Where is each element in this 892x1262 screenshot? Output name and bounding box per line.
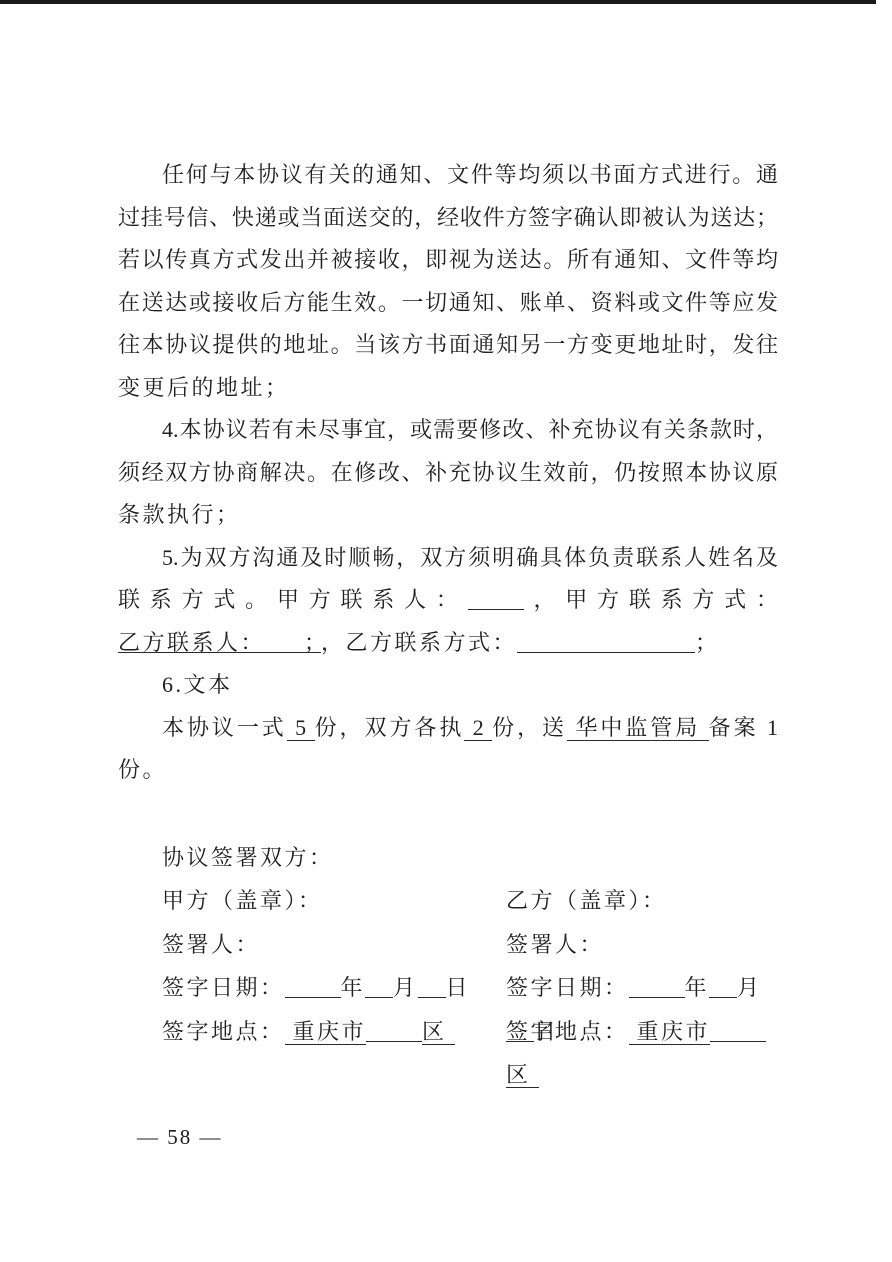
blank-field <box>468 590 524 610</box>
text-line: 在送达或接收后方能生效。一切通知、账单、资料或文件等应发 <box>118 282 778 325</box>
text-run: 月 <box>737 975 762 1000</box>
text-run: 签署人： <box>162 932 260 957</box>
filled-blank: 重庆市 <box>285 1019 367 1045</box>
signature-heading: 协议签署双方： <box>118 837 778 880</box>
blank-field <box>265 633 321 653</box>
text-line: 往本协议提供的地址。当该方书面通知另一方变更地址时，发往 <box>118 324 778 367</box>
blank-field <box>629 978 685 998</box>
text-line: 变更后的地址； <box>118 367 778 410</box>
document-page: 任何与本协议有关的通知、文件等均须以书面方式进行。通过挂号信、快递或当面送交的，… <box>0 0 892 1262</box>
text-run: 年 <box>685 975 710 1000</box>
text-run: 任何与本协议有关的通知、文件等均须以书面方式进行。通 <box>162 162 778 187</box>
party-a-signature-cell: 签署人： <box>162 932 260 957</box>
text-line: 任何与本协议有关的通知、文件等均须以书面方式进行。通 <box>118 154 778 197</box>
blank-field <box>366 1022 422 1042</box>
text-run: 份，双方各执 <box>315 715 465 740</box>
blank-field <box>710 1022 766 1042</box>
filled-blank: 华中监管局 <box>567 715 709 741</box>
party-a-signature-cell: 签字地点： 重庆市区 <box>162 1019 455 1044</box>
party-b-signature-cell: 签字地点： 重庆市区 <box>506 1010 778 1097</box>
filled-blank: 区 <box>422 1019 455 1045</box>
filled-blank: 2 <box>464 715 492 741</box>
text-run: 年 <box>341 975 366 1000</box>
text-run: 份，送 <box>492 715 567 740</box>
text-run: 签字地点： <box>162 1019 285 1044</box>
blank-field <box>418 978 446 998</box>
text-run: 签字地点： <box>506 1019 629 1044</box>
text-run: 4.本协议若有未尽事宜，或需要修改、补充协议有关条款时， <box>162 417 778 442</box>
blank-field <box>365 978 393 998</box>
text-run: 份。 <box>118 757 167 782</box>
text-line: 若以传真方式发出并被接收，即视为送达。所有通知、文件等均 <box>118 239 778 282</box>
contract-paragraph-lines: 任何与本协议有关的通知、文件等均须以书面方式进行。通过挂号信、快递或当面送交的，… <box>118 154 778 792</box>
text-run: 须经双方协商解决。在修改、补充协议生效前，仍按照本协议原 <box>118 460 778 485</box>
filled-blank: 区 <box>506 1062 539 1088</box>
signature-rows: 甲方（盖章）：乙方（盖章）：签署人：签署人：签字日期：年月日签字日期：年月日签字… <box>118 879 778 1053</box>
signature-row: 签字日期：年月日签字日期：年月日 <box>118 966 778 1010</box>
text-line: 须经双方协商解决。在修改、补充协议生效前，仍按照本协议原 <box>118 452 778 495</box>
text-run: 5.为双方沟通及时顺畅，双方须明确具体负责联系人姓名及 <box>162 545 778 570</box>
text-line: 5.为双方沟通及时顺畅，双方须明确具体负责联系人姓名及 <box>118 537 778 580</box>
party-b-signature-cell: 乙方（盖章）： <box>506 879 667 923</box>
text-run: 备案 1 <box>709 715 778 740</box>
blank-field <box>285 978 341 998</box>
party-a-signature-cell: 甲方（盖章）： <box>162 888 323 913</box>
text-run: 签字日期： <box>162 975 285 1000</box>
text-run: 日 <box>446 975 471 1000</box>
text-run: 条款执行； <box>118 502 241 527</box>
party-b-signature-cell: 签署人： <box>506 923 604 967</box>
text-run: 联系方式。甲方联系人： <box>118 587 468 612</box>
party-a-signature-cell: 签字日期：年月日 <box>162 975 470 1000</box>
text-run: 签字日期： <box>506 975 629 1000</box>
text-run: 变更后的地址； <box>118 375 290 400</box>
text-line: 4.本协议若有未尽事宜，或需要修改、补充协议有关条款时， <box>118 409 778 452</box>
text-run: 签署人： <box>506 932 604 957</box>
page-number: — 58 — <box>137 1122 223 1152</box>
text-run: 6.文本 <box>162 672 233 697</box>
text-run: 往本协议提供的地址。当该方书面通知另一方变更地址时，发往 <box>118 332 778 357</box>
text-run: 本协议一式 <box>162 715 287 740</box>
text-run: 过挂号信、快递或当面送交的，经收件方签字确认即被认为送达； <box>118 205 778 230</box>
text-line: 联系方式。甲方联系人：，甲方联系方式：； <box>118 579 778 622</box>
signature-row: 甲方（盖章）：乙方（盖章）： <box>118 879 778 923</box>
filled-blank: 5 <box>287 715 315 741</box>
filled-blank: 重庆市 <box>629 1019 711 1045</box>
signature-row: 签署人：签署人： <box>118 923 778 967</box>
text-line: 本协议一式 5 份，双方各执 2 份，送 华中监管局 备案 1 <box>118 707 778 750</box>
text-run: ，乙方联系方式： <box>321 630 517 655</box>
text-run: ； <box>695 630 720 655</box>
text-line: 条款执行； <box>118 494 778 537</box>
contract-body: 任何与本协议有关的通知、文件等均须以书面方式进行。通过挂号信、快递或当面送交的，… <box>118 154 778 1053</box>
text-run: 乙方联系人： <box>118 630 265 655</box>
blank-field <box>517 633 695 653</box>
text-run: ，甲方联系方式： <box>524 587 778 612</box>
text-line: 份。 <box>118 749 778 792</box>
text-run: 乙方（盖章）： <box>506 888 667 913</box>
page-top-edge-line <box>0 0 876 4</box>
text-run: 月 <box>393 975 418 1000</box>
text-run: 甲方（盖章）： <box>162 888 323 913</box>
signature-row: 签字地点： 重庆市区 签字地点： 重庆市区 <box>118 1010 778 1054</box>
text-line: 6.文本 <box>118 664 778 707</box>
text-run: 在送达或接收后方能生效。一切通知、账单、资料或文件等应发 <box>118 290 778 315</box>
blank-field <box>709 978 737 998</box>
text-line: 乙方联系人：，乙方联系方式：； <box>118 622 778 665</box>
text-run: 若以传真方式发出并被接收，即视为送达。所有通知、文件等均 <box>118 247 778 272</box>
text-line: 过挂号信、快递或当面送交的，经收件方签字确认即被认为送达； <box>118 197 778 240</box>
signature-section: 协议签署双方： 甲方（盖章）：乙方（盖章）：签署人：签署人：签字日期：年月日签字… <box>118 837 778 1054</box>
